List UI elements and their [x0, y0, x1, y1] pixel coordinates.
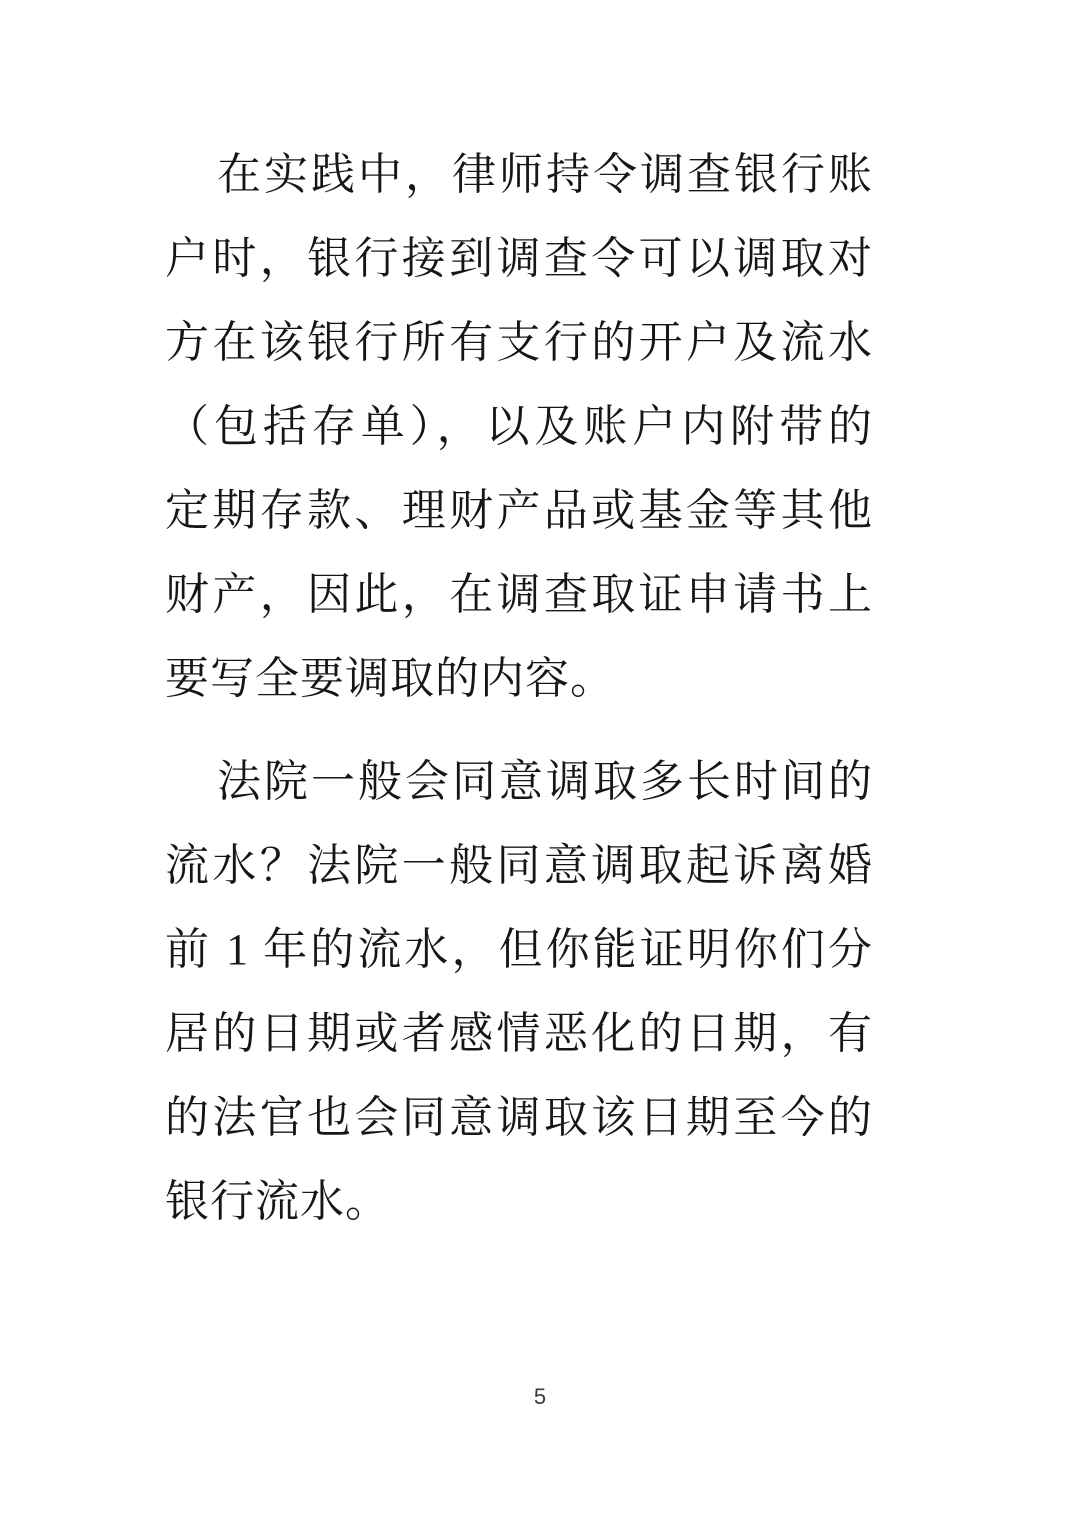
- text-line: 法院一般会同意调取多长时间的: [165, 740, 873, 824]
- text-line: 要写全要调取的内容。: [165, 637, 873, 721]
- text-line: 财产，因此，在调查取证申请书上: [165, 553, 873, 637]
- page-number: 5: [534, 1384, 546, 1409]
- text-line: 银行流水。: [165, 1160, 873, 1244]
- page-footer: 5: [0, 1384, 1080, 1410]
- document-page: 在实践中，律师持令调查银行账 户时，银行接到调查令可以调取对 方在该银行所有支行…: [0, 0, 1080, 1527]
- text-line: 方在该银行所有支行的开户及流水: [165, 301, 873, 385]
- text-line: 定期存款、理财产品或基金等其他: [165, 469, 873, 553]
- text-line: 前 1 年的流水，但你能证明你们分: [165, 908, 873, 992]
- text-line: 在实践中，律师持令调查银行账: [165, 133, 873, 217]
- text-line: 居的日期或者感情恶化的日期，有: [165, 992, 873, 1076]
- paragraph-1: 在实践中，律师持令调查银行账 户时，银行接到调查令可以调取对 方在该银行所有支行…: [165, 133, 873, 721]
- paragraph-2: 法院一般会同意调取多长时间的 流水？法院一般同意调取起诉离婚 前 1 年的流水，…: [165, 740, 873, 1244]
- text-line: 流水？法院一般同意调取起诉离婚: [165, 824, 873, 908]
- text-line: 户时，银行接到调查令可以调取对: [165, 217, 873, 301]
- text-line: 的法官也会同意调取该日期至今的: [165, 1076, 873, 1160]
- text-line: （包括存单），以及账户内附带的: [165, 385, 873, 469]
